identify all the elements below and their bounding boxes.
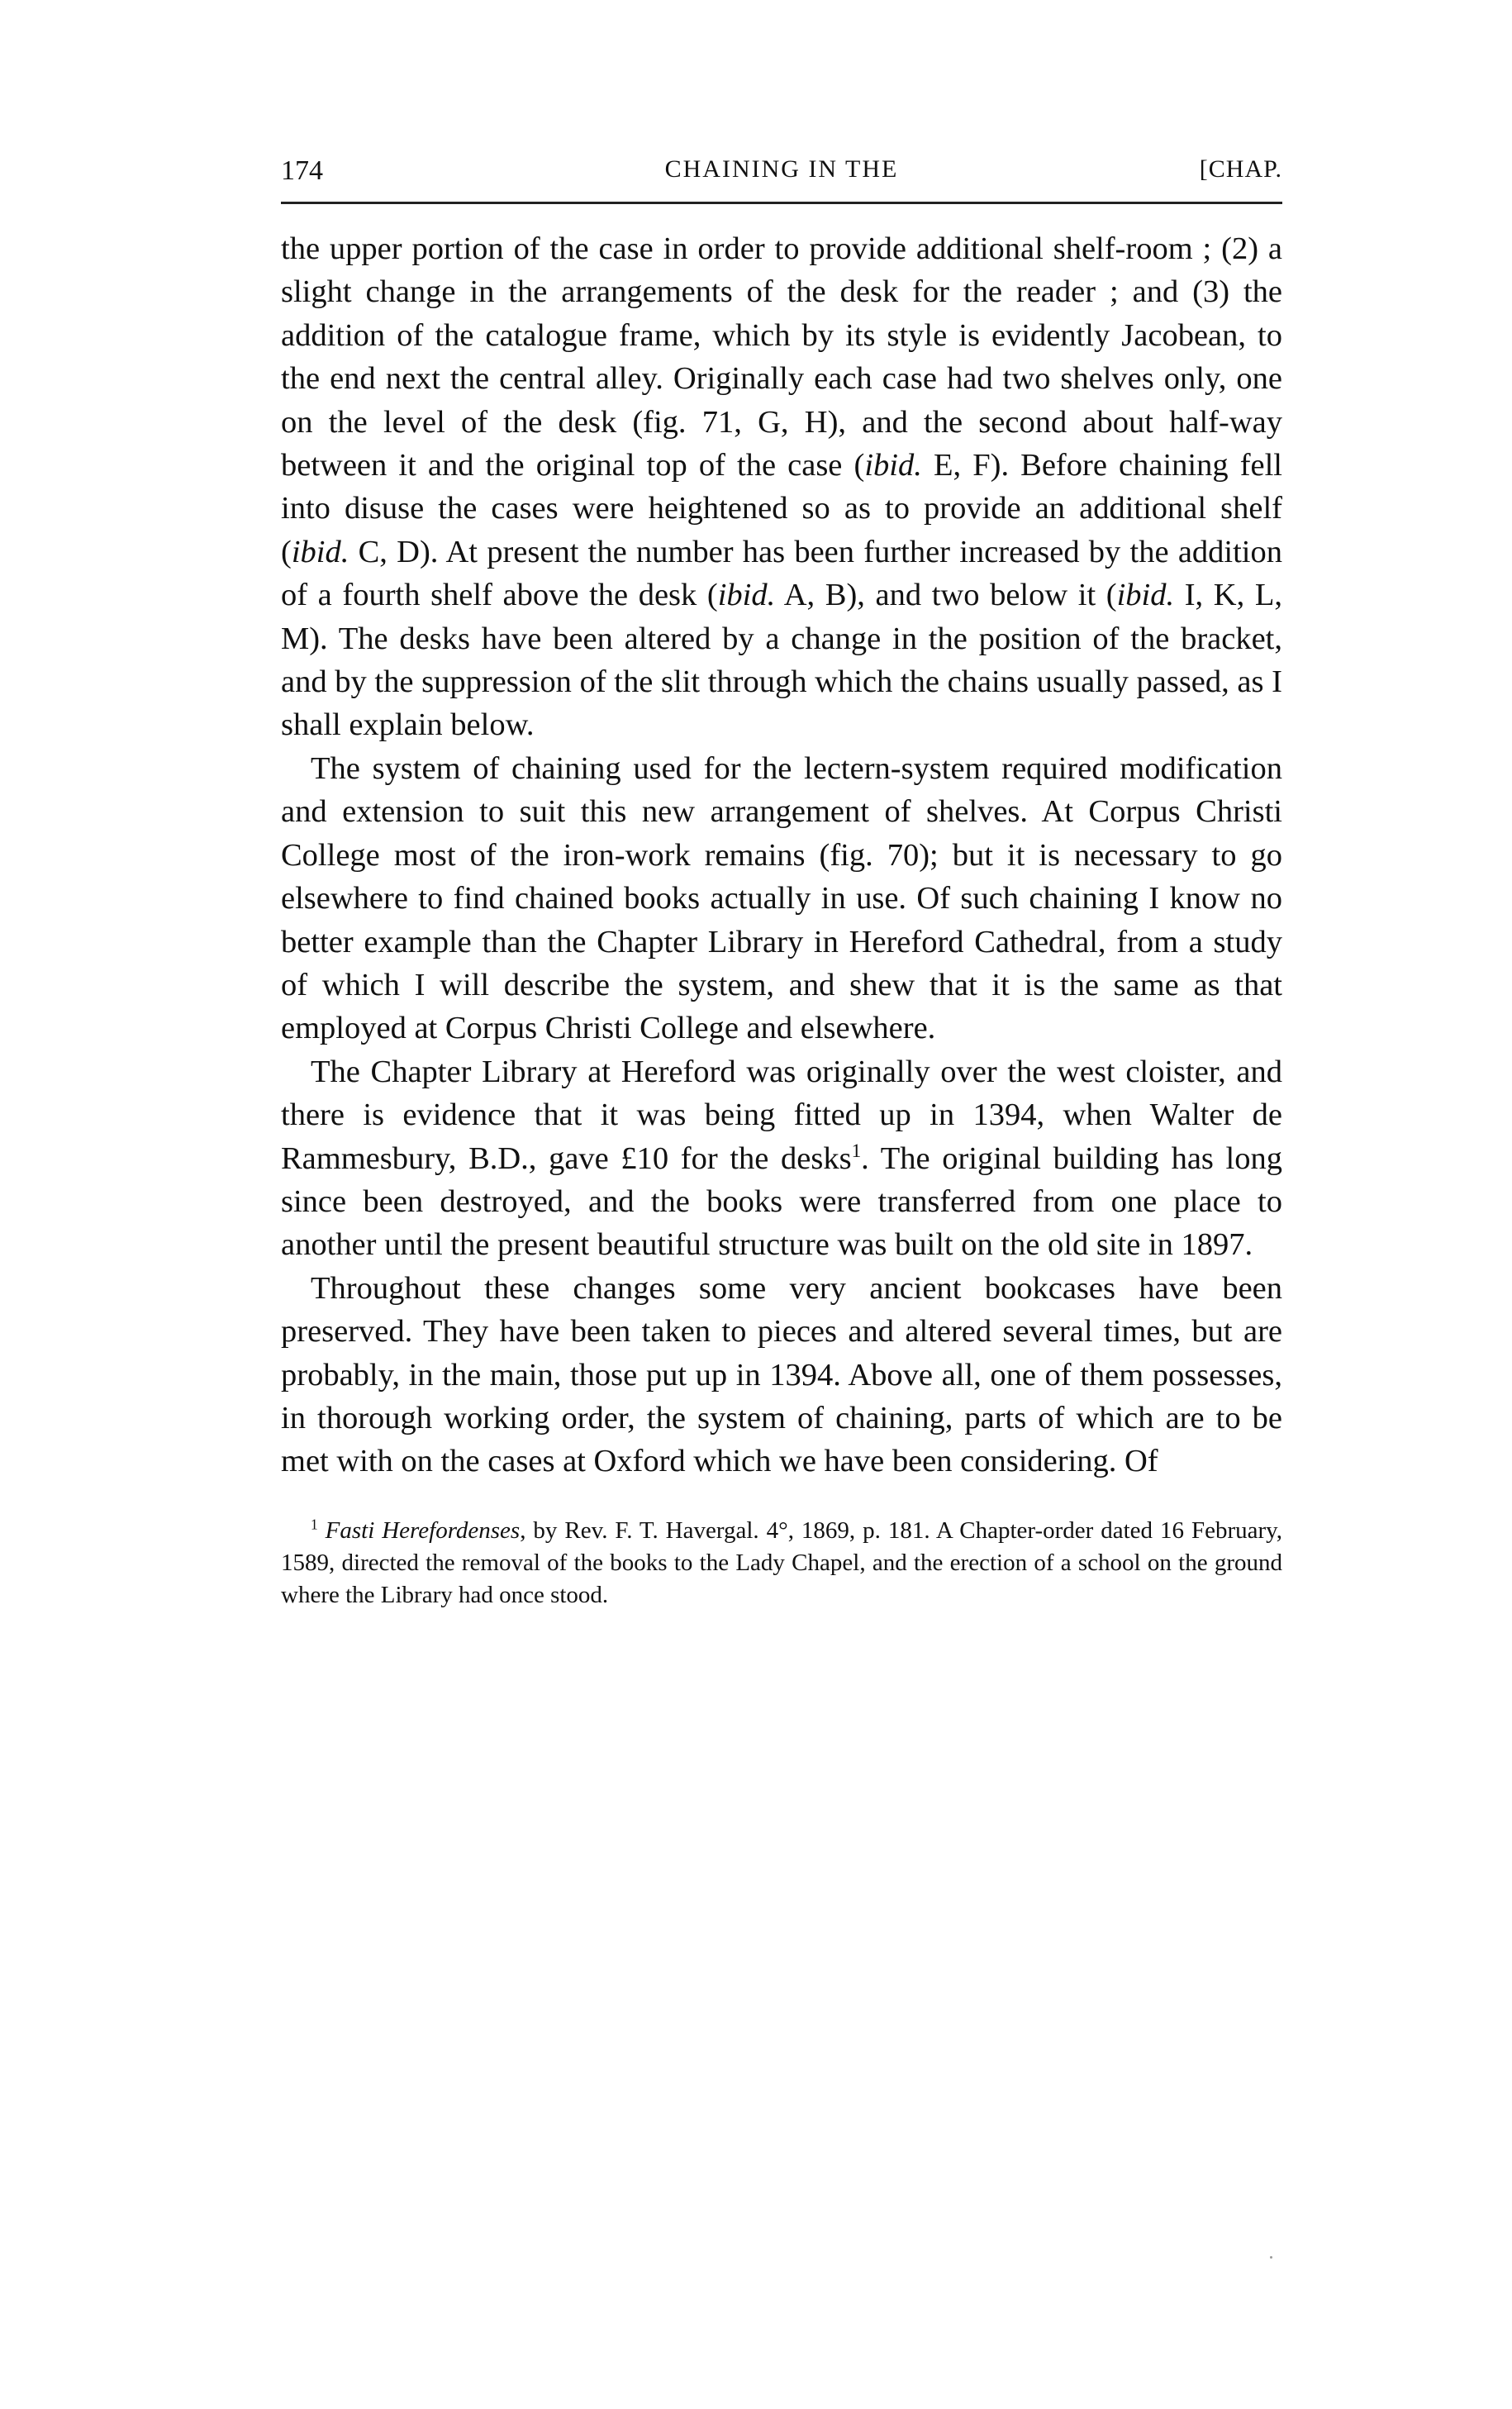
paragraph: the upper portion of the case in order t…	[281, 227, 1282, 747]
footnote-title: Fasti Herefordenses	[326, 1517, 521, 1544]
header-rule	[281, 202, 1282, 204]
footnote: 1 Fasti Herefordenses, by Rev. F. T. Hav…	[281, 1515, 1282, 1612]
italic-reference: ibid.	[292, 535, 349, 569]
paragraph: The system of chaining used for the lect…	[281, 747, 1282, 1050]
italic-reference: ibid.	[1117, 578, 1175, 612]
running-title: CHAINING IN THE	[281, 155, 1282, 183]
book-page: 174 CHAINING IN THE [CHAP. the upper por…	[281, 155, 1282, 1612]
footnotes: 1 Fasti Herefordenses, by Rev. F. T. Hav…	[281, 1515, 1282, 1612]
footnote-number: 1	[311, 1516, 318, 1532]
paragraph: The Chapter Library at Hereford was orig…	[281, 1050, 1282, 1267]
italic-reference: ibid.	[718, 578, 776, 612]
running-head: 174 CHAINING IN THE [CHAP.	[281, 155, 1282, 192]
body-text: the upper portion of the case in order t…	[281, 227, 1282, 1483]
italic-reference: ibid.	[864, 448, 922, 483]
chapter-marker: [CHAP.	[1200, 155, 1282, 183]
paragraph: Throughout these changes some very ancie…	[281, 1267, 1282, 1483]
footnote-marker: 1	[852, 1140, 862, 1161]
scan-speck	[1270, 2256, 1272, 2259]
